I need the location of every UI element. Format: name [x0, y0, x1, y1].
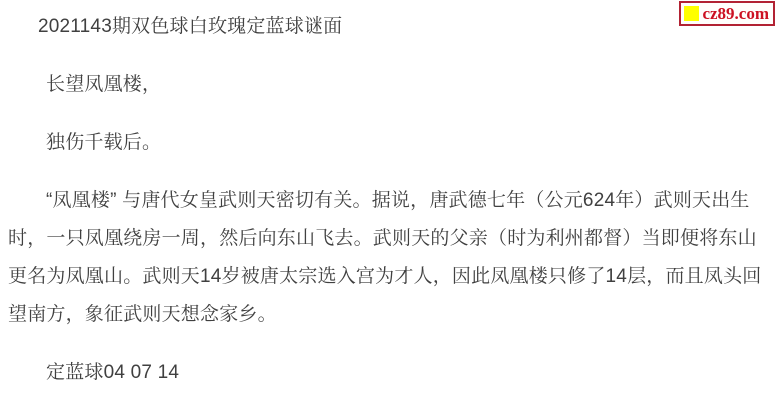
article-page: cz89.com 2021143期双色球白玫瑰定蓝球谜面 长望凤凰楼， 独伤千载…: [0, 0, 778, 408]
article-content: 2021143期双色球白玫瑰定蓝球谜面 长望凤凰楼， 独伤千载后。 “凤凰楼” …: [0, 0, 778, 392]
blue-ball-prediction: 定蓝球04 07 14: [8, 354, 770, 392]
poem-line-2: 独伤千载后。: [8, 124, 770, 162]
article-paragraph: “凤凰楼” 与唐代女皇武则天密切有关。据说，唐武德七年（公元624年）武则天出生…: [8, 182, 770, 334]
site-logo: cz89.com: [679, 1, 775, 26]
logo-square-icon: [684, 6, 699, 21]
article-title: 2021143期双色球白玫瑰定蓝球谜面: [8, 8, 770, 46]
poem-line-1: 长望凤凰楼，: [8, 66, 770, 104]
logo-text: cz89.com: [702, 3, 769, 24]
